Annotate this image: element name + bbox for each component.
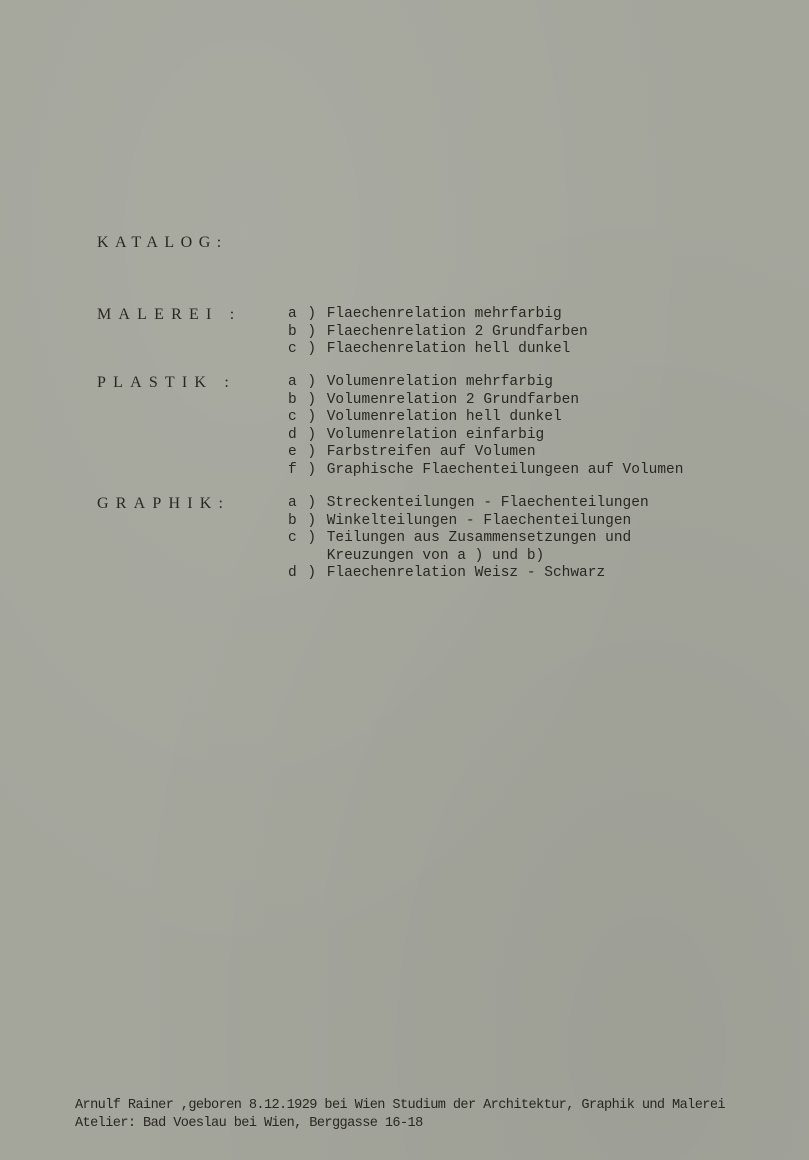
list-item: c ) Flaechenrelation hell dunkel xyxy=(288,341,588,359)
catalog-title: KATALOG: xyxy=(97,234,228,252)
section-label: PLASTIK : xyxy=(97,374,236,392)
item-text: Winkelteilungen - Flaechenteilungen xyxy=(327,513,632,529)
item-letter: d ) xyxy=(288,427,318,445)
item-text: Teilungen aus Zusammensetzungen und xyxy=(327,530,632,546)
list-item: a ) Flaechenrelation mehrfarbig xyxy=(288,306,588,324)
item-text: Volumenrelation mehrfarbig xyxy=(327,374,553,390)
list-item: e ) Farbstreifen auf Volumen xyxy=(288,444,683,462)
section-label: MALEREI : xyxy=(97,306,241,324)
item-letter: d ) xyxy=(288,565,318,583)
item-text: Volumenrelation einfarbig xyxy=(327,427,545,443)
item-text: Streckenteilungen - Flaechenteilungen xyxy=(327,495,649,511)
item-letter: f ) xyxy=(288,462,318,480)
item-letter: a ) xyxy=(288,374,318,392)
item-text: Kreuzungen von a ) und b) xyxy=(327,548,545,564)
item-letter: c ) xyxy=(288,530,318,548)
item-letter: e ) xyxy=(288,444,318,462)
item-letter: b ) xyxy=(288,324,318,342)
item-text: Flaechenrelation 2 Grundfarben xyxy=(327,324,588,340)
footer-line-atelier: Atelier: Bad Voeslau bei Wien, Berggasse… xyxy=(75,1115,725,1133)
item-letter: b ) xyxy=(288,392,318,410)
item-letter: b ) xyxy=(288,513,318,531)
item-text: Flaechenrelation hell dunkel xyxy=(327,341,571,357)
list-item: c ) Volumenrelation hell dunkel xyxy=(288,409,683,427)
item-text: Graphische Flaechenteilungeen auf Volume… xyxy=(327,462,684,478)
item-list: a ) Volumenrelation mehrfarbig b ) Volum… xyxy=(288,374,683,479)
list-item: d ) Volumenrelation einfarbig xyxy=(288,427,683,445)
artist-info-footer: Arnulf Rainer ,geboren 8.12.1929 bei Wie… xyxy=(75,1097,725,1132)
item-text: Volumenrelation 2 Grundfarben xyxy=(327,392,579,408)
list-item: c ) Teilungen aus Zusammensetzungen und xyxy=(288,530,649,548)
list-item: a ) Streckenteilungen - Flaechenteilunge… xyxy=(288,495,649,513)
item-text: Volumenrelation hell dunkel xyxy=(327,409,562,425)
list-item: b ) Winkelteilungen - Flaechenteilungen xyxy=(288,513,649,531)
item-letter: c ) xyxy=(288,409,318,427)
footer-line-biography: Arnulf Rainer ,geboren 8.12.1929 bei Wie… xyxy=(75,1097,725,1115)
list-item: f ) Graphische Flaechenteilungeen auf Vo… xyxy=(288,462,683,480)
list-item: a ) Volumenrelation mehrfarbig xyxy=(288,374,683,392)
item-letter: c ) xyxy=(288,341,318,359)
item-letter: a ) xyxy=(288,306,318,324)
item-letter: a ) xyxy=(288,495,318,513)
item-list: a ) Flaechenrelation mehrfarbig b ) Flae… xyxy=(288,306,588,359)
list-item: d ) Flaechenrelation Weisz - Schwarz xyxy=(288,565,649,583)
item-text: Farbstreifen auf Volumen xyxy=(327,444,536,460)
section-label: GRAPHIK: xyxy=(97,495,230,513)
item-text: Flaechenrelation mehrfarbig xyxy=(327,306,562,322)
item-list: a ) Streckenteilungen - Flaechenteilunge… xyxy=(288,495,649,583)
list-item: b ) Flaechenrelation 2 Grundfarben xyxy=(288,324,588,342)
list-item: b ) Volumenrelation 2 Grundfarben xyxy=(288,392,683,410)
item-text: Flaechenrelation Weisz - Schwarz xyxy=(327,565,605,581)
list-item-continuation: Kreuzungen von a ) und b) xyxy=(288,548,649,566)
